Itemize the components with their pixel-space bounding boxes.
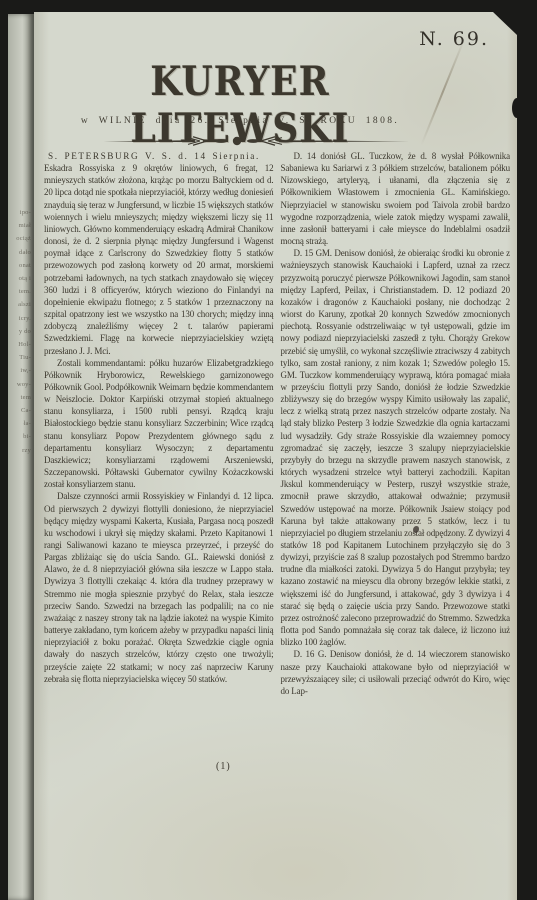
page-number: (1) xyxy=(216,761,231,772)
edge-text-fragment: woy- xyxy=(8,378,34,391)
edge-text-fragment: icry. xyxy=(8,312,34,325)
edge-text-fragment: miał xyxy=(8,219,34,232)
edge-text-fragment: otą i xyxy=(8,272,34,285)
issue-number: N. 69. xyxy=(419,28,489,50)
scanned-newspaper-photo: ipo-miałociążdałoonatotą item.alsziicry.… xyxy=(0,0,537,900)
article-paragraph: D. 14 doniósł GL. Tuczkow, że d. 8 wysła… xyxy=(281,150,511,247)
right-column: D. 14 doniósł GL. Tuczkow, że d. 8 wysła… xyxy=(281,150,511,697)
edge-text-fragment: ipo- xyxy=(8,206,34,219)
edge-text-fragment: dało xyxy=(8,246,34,259)
article-heading: S. PETERSBURG V. S. d. 14 Sierpnia. xyxy=(44,150,274,162)
ornamental-divider xyxy=(103,134,409,148)
edge-text-fragment: rzy xyxy=(8,444,34,457)
edge-text-fragment: tem. xyxy=(8,285,34,298)
edge-text-fragment: bi- xyxy=(8,430,34,443)
edge-text-fragment: onat xyxy=(8,259,34,272)
article-columns: S. PETERSBURG V. S. d. 14 Sierpnia. Eska… xyxy=(44,150,510,697)
article-paragraph: Dalsze czynności armii Rossyiskiey w Fin… xyxy=(44,490,274,685)
edge-text-fragment: Hol- xyxy=(8,338,34,351)
edge-text-fragment: iw,- xyxy=(8,364,34,377)
newspaper-page: N. 69. KURYER LITEWSKI w WILNIE dnia 26.… xyxy=(34,12,517,900)
page-edge-notch xyxy=(512,98,522,118)
edge-text-fragment: Tiu- xyxy=(8,351,34,364)
edge-text-fragment: ociąż xyxy=(8,232,34,245)
edge-text-fragment: y do xyxy=(8,325,34,338)
article-paragraph: D. 16 G. Denisow doniósł, że d. 14 wiecz… xyxy=(281,648,511,697)
previous-page-edge: ipo-miałociążdałoonatotą item.alsziicry.… xyxy=(8,14,34,900)
edge-text-fragment: alszi xyxy=(8,298,34,311)
article-paragraph: Zostali kommendantami: półku huzarów Eli… xyxy=(44,357,274,491)
article-paragraph: D. 15 GM. Denisow doniósł, że obieraiąc … xyxy=(281,247,511,648)
article-paragraph: Eskadra Rossyiska z 9 okrętów liniowych,… xyxy=(44,162,274,357)
edge-text-fragment: ła- xyxy=(8,417,34,430)
edge-text-fragment: Ca- xyxy=(8,404,34,417)
edge-text-fragment: tem xyxy=(8,391,34,404)
dateline: w WILNIE dnia 26. Sierpnia V. S. ROKU 18… xyxy=(38,116,442,126)
left-column: S. PETERSBURG V. S. d. 14 Sierpnia. Eska… xyxy=(44,150,274,697)
